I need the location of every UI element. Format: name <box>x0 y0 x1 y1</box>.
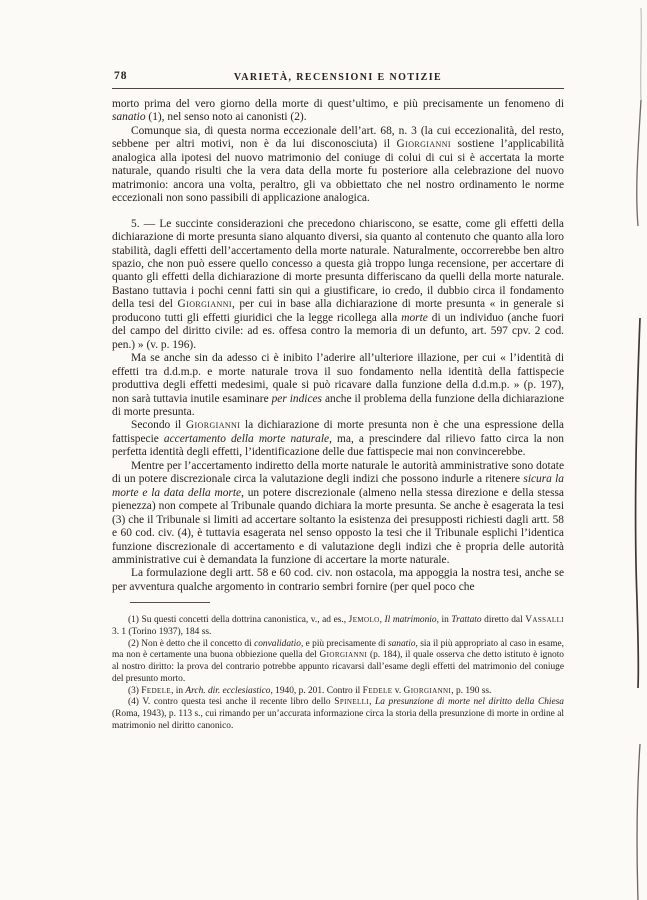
footnote-separator <box>130 602 210 603</box>
footnote-1: (1) Su questi concetti della dottrina ca… <box>112 615 564 638</box>
body-text: morto prima del vero giorno della morte … <box>112 98 564 594</box>
paragraph: La formulazione degli artt. 58 e 60 cod.… <box>112 567 564 594</box>
paragraph-continuation: morto prima del vero giorno della morte … <box>112 98 564 125</box>
footnote-2: (2) Non è detto che il concetto di conva… <box>112 639 564 686</box>
scanned-page: 78 VARIETÀ, RECENSIONI E NOTIZIE morto p… <box>0 0 647 900</box>
page-header: 78 VARIETÀ, RECENSIONI E NOTIZIE <box>112 70 564 85</box>
header-rule <box>112 88 564 89</box>
paragraph: Ma se anche sin da adesso ci è inibito l… <box>112 352 564 419</box>
footnotes: (1) Su questi concetti della dottrina ca… <box>112 615 564 732</box>
text-column: 78 VARIETÀ, RECENSIONI E NOTIZIE morto p… <box>112 70 564 732</box>
running-title: VARIETÀ, RECENSIONI E NOTIZIE <box>112 72 564 83</box>
section-5-paragraph: 5. — Le succinte considerazioni che prec… <box>112 218 564 353</box>
footnote-3: (3) Fedele, in Arch. dir. ecclesiastico,… <box>112 686 564 698</box>
paragraph: Comunque sia, di questa norma eccezional… <box>112 125 564 206</box>
paragraph: Mentre per l’accertamento indiretto dell… <box>112 460 564 568</box>
footnote-4: (4) V. contro questa tesi anche il recen… <box>112 697 564 732</box>
paragraph: Secondo il Giorgianni la dichiarazione d… <box>112 419 564 459</box>
